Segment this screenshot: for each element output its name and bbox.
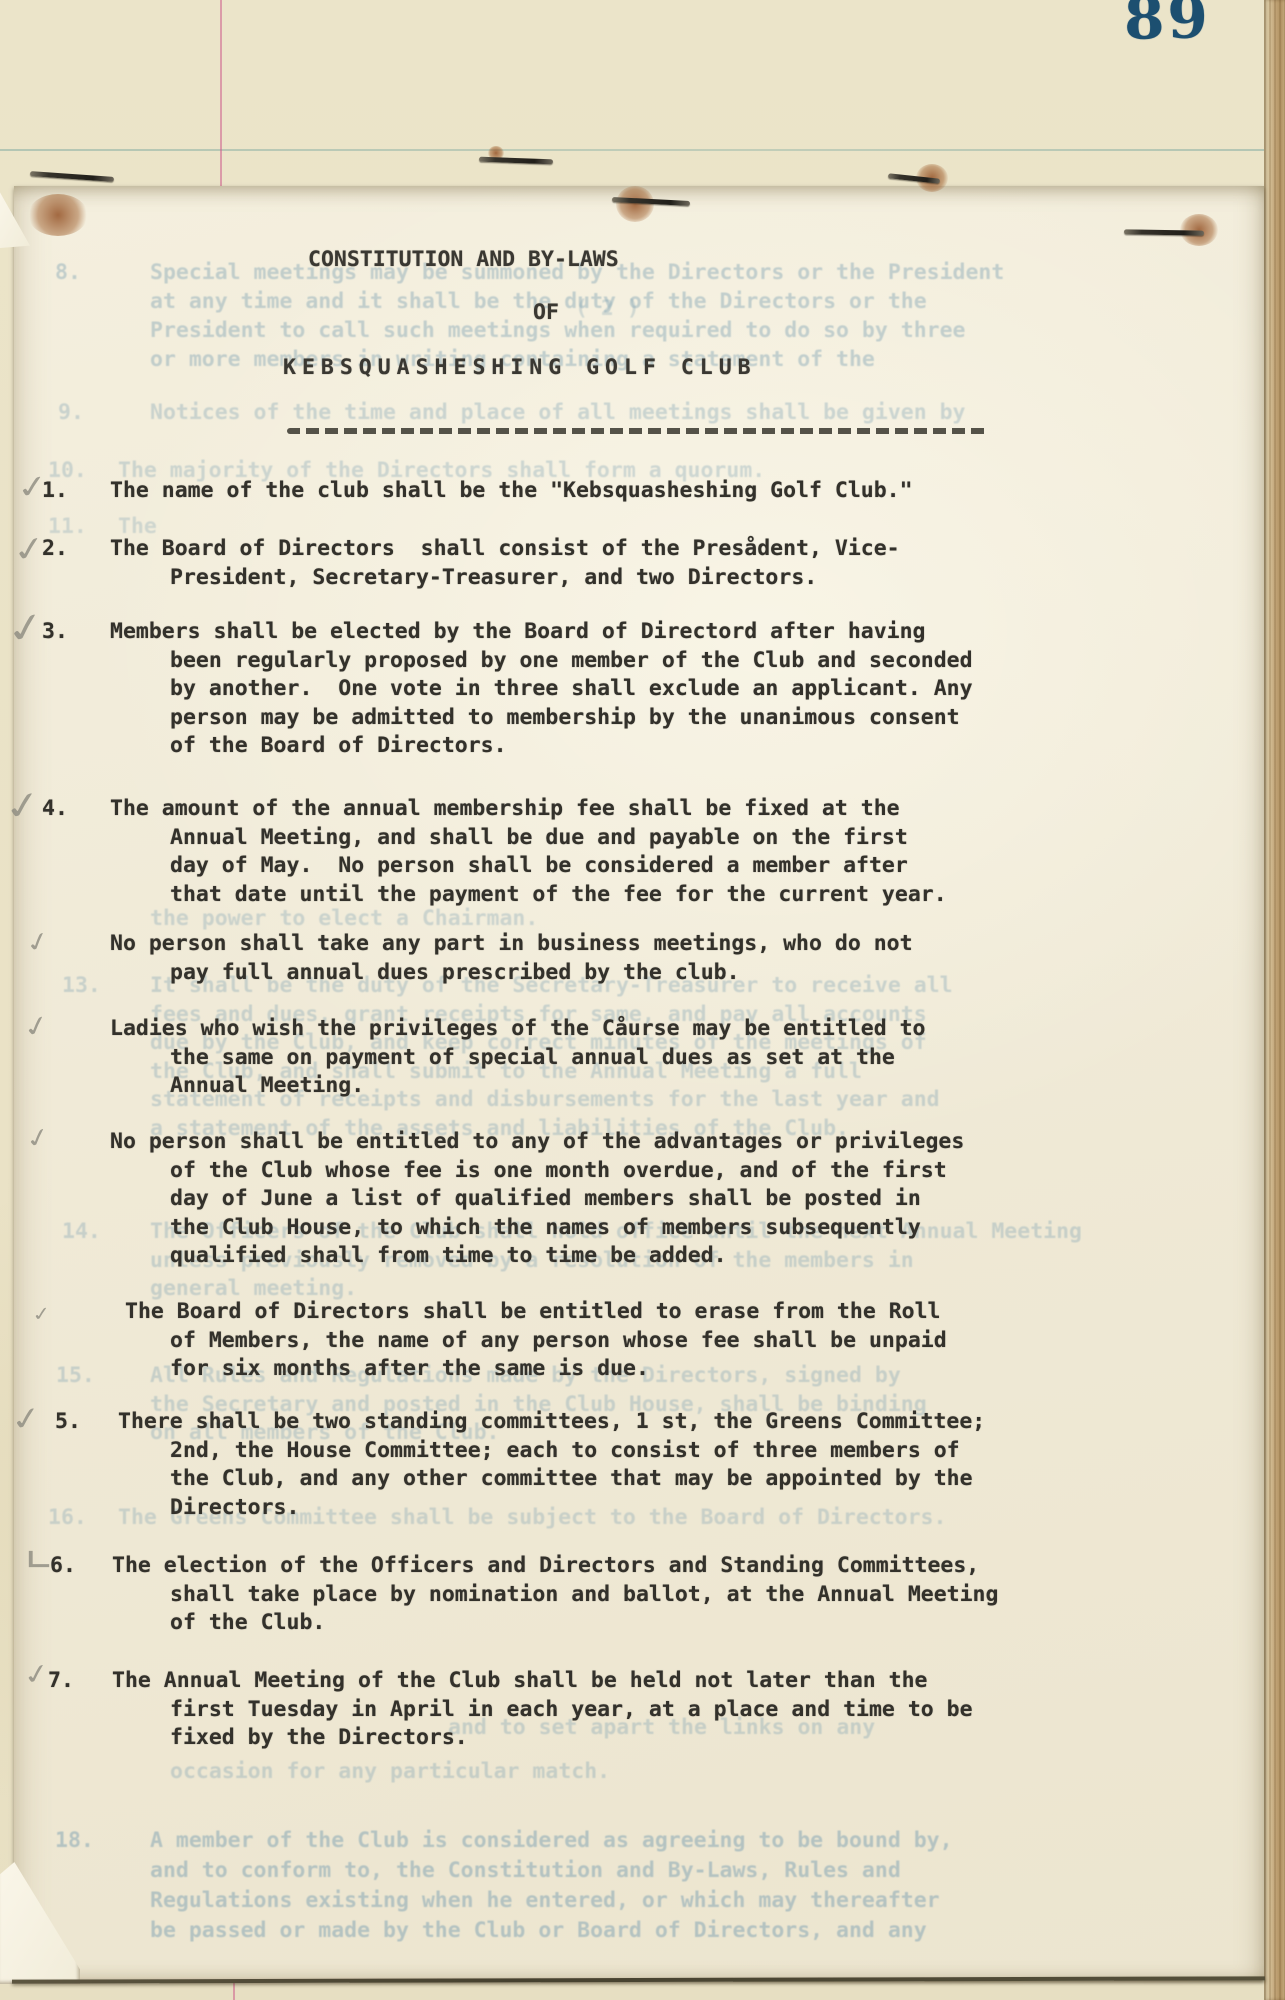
staple — [479, 157, 553, 165]
article-paragraph: Members shall be elected by the Board of… — [170, 618, 973, 761]
bleedthrough-paragraph: ( 2 ) — [575, 294, 640, 323]
document-title-of: OF — [533, 300, 559, 325]
article-paragraph: The Board of Directors shall be entitled… — [170, 1298, 947, 1384]
bleedthrough-paragraph: Notices of the time and place of all mee… — [150, 398, 965, 427]
article-paragraph: The name of the club shall be the "Kebsq… — [170, 477, 913, 506]
article-paragraph: No person shall be entitled to any of th… — [170, 1128, 964, 1271]
pencil-checkmark: ✓ — [0, 783, 45, 831]
club-name-title: KEBSQUASHESHING GOLF CLUB — [283, 355, 757, 380]
bleedthrough-number: 13. — [62, 972, 101, 1001]
article-number: 5. — [55, 1408, 81, 1437]
rust-stain — [28, 194, 88, 236]
article-paragraph: The Annual Meeting of the Club shall be … — [170, 1667, 973, 1753]
article-paragraph: The amount of the annual membership fee … — [170, 795, 947, 909]
album-horizontal-rule — [0, 149, 1266, 151]
article-paragraph: The Board of Directors shall consist of … — [170, 535, 900, 592]
article-number: 4. — [42, 795, 68, 824]
book-fore-edge — [1264, 0, 1285, 2000]
rust-stain — [616, 186, 654, 222]
album-margin-rule-bottom — [233, 1983, 235, 2000]
bleedthrough-paragraph: A member of the Club is considered as ag… — [150, 1826, 953, 1946]
article-paragraph: The election of the Officers and Directo… — [170, 1552, 998, 1638]
bleedthrough-number: 16. — [48, 1504, 87, 1533]
pencil-checkmark: ✓ — [14, 468, 51, 508]
scanned-album-page: 89 8.Special meetings may be summoned by… — [0, 0, 1285, 2000]
bleedthrough-number: 14. — [62, 1218, 101, 1247]
typed-dashed-underline — [287, 428, 989, 434]
article-paragraph: No person shall take any part in busines… — [170, 930, 913, 987]
album-margin-rule-top — [220, 0, 222, 188]
pencil-checkmark: ✓ — [30, 1303, 52, 1327]
article-paragraph: Ladies who wish the privileges of the Cå… — [170, 1015, 925, 1101]
staple — [30, 171, 114, 182]
pencil-checkmark: ∟ — [25, 1546, 52, 1576]
bleedthrough-paragraph: occasion for any particular match. — [170, 1758, 610, 1787]
bleedthrough-number: 9. — [58, 398, 84, 427]
article-number: 6. — [50, 1552, 76, 1581]
bleedthrough-number: 8. — [55, 258, 81, 287]
article-paragraph: There shall be two standing committees, … — [170, 1408, 985, 1522]
bleedthrough-number: 15. — [56, 1362, 95, 1391]
bleedthrough-number: 18. — [55, 1826, 94, 1856]
document-title: CONSTITUTION AND BY-LAWS — [308, 247, 619, 272]
handwritten-page-number: 89 — [1123, 0, 1211, 53]
